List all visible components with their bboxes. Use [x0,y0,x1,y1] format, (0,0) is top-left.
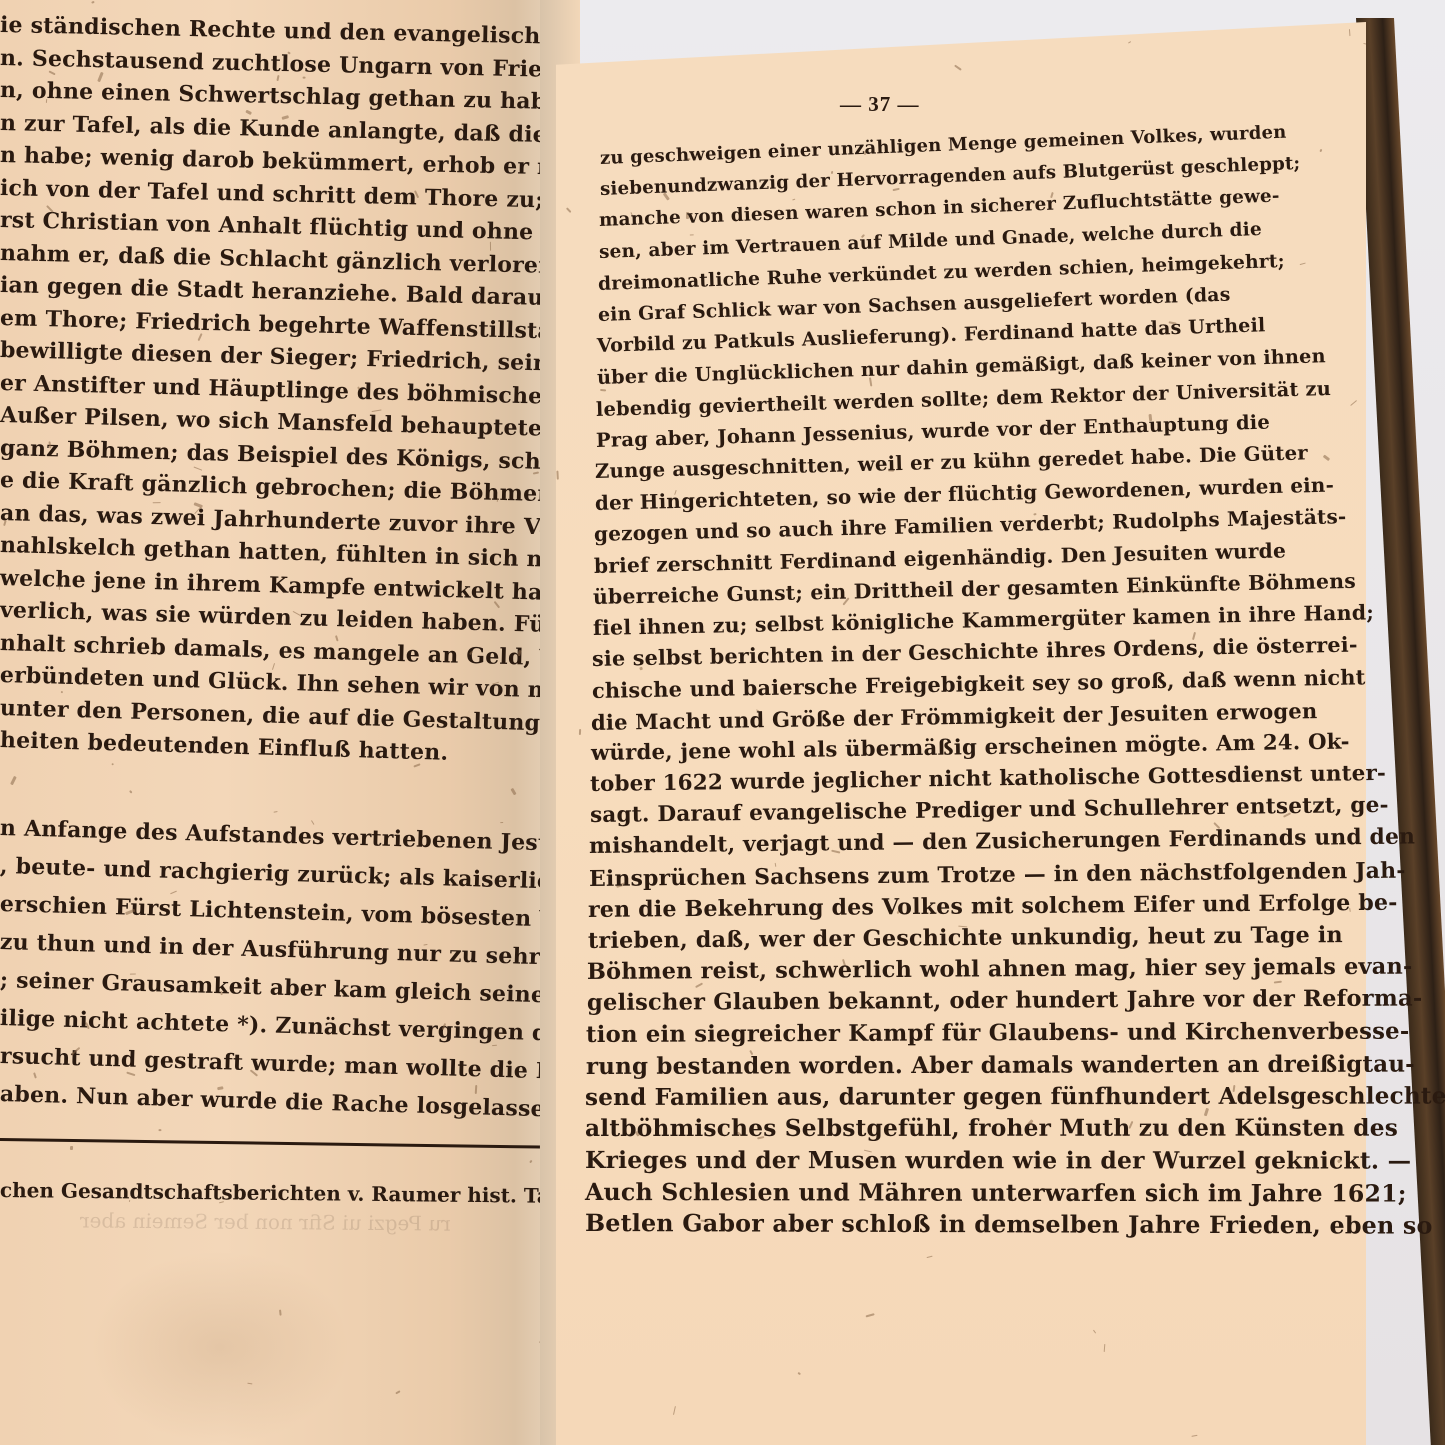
paper-speck [335,635,339,642]
paper-speck [396,1390,401,1394]
paper-speck [247,1383,252,1385]
paper-speck [600,389,606,392]
paper-speck [1104,1344,1106,1352]
right-page-line: Betlen Gabor aber schloß in demselben Ja… [585,1209,1433,1240]
paper-speck [579,729,581,735]
right-page-line: altböhmisches Selbstgefühl, froher Muth … [585,1115,1398,1142]
paper-speck [566,207,571,213]
paper-speck [529,1160,532,1163]
paper-speck [1363,43,1366,45]
paper-speck [1299,262,1305,265]
right-page-line: Krieges und der Musen wurden wie in der … [585,1146,1411,1175]
paper-speck [194,466,203,471]
paper-speck [511,787,517,795]
left-page-line: n Anfange des Aufstandes vertriebenen Je… [0,815,560,860]
left-page-line: ilige nicht achtete *). Zunächst verging… [0,1005,560,1049]
left-page-line: erschien Fürst Lichtenstein, vom böseste… [0,891,560,936]
paper-speck [797,1372,801,1376]
paper-speck [490,242,491,251]
left-page-line: heiten bedeutenden Einfluß hatten. [0,727,449,766]
page-number: — 37 — [840,92,920,117]
paper-speck [276,75,279,81]
show-through-text: ru Pegzi ui Sfir non ber Semein aber [80,1208,451,1235]
right-page-line: gelischer Glauben bekannt, oder hundert … [586,986,1422,1017]
paper-speck [302,77,305,79]
paper-speck [171,891,178,895]
left-page-line: , beute- und rachgierig zurück; als kais… [0,853,560,897]
left-page: chen Gesandtschaftsberichten v. Raumer h… [0,0,560,1445]
paper-speck [10,776,16,785]
right-page-line: send Familien aus, darunter gegen fünfhu… [585,1082,1445,1111]
paper-speck [273,811,277,813]
paper-speck [70,1146,73,1150]
left-page-line: zu thun und in der Ausführung nur zu seh… [0,929,560,972]
paper-speck [279,1310,282,1316]
paper-speck [865,1313,874,1318]
paper-speck [1350,400,1357,406]
footnote-divider [0,1138,540,1149]
paper-speck [112,762,114,764]
paper-speck [92,1,95,4]
paper-speck [244,109,251,115]
paper-speck [673,1406,676,1415]
paper-speck [1274,981,1282,984]
paper-speck [61,690,64,693]
right-page-line: tion ein siegreicher Kampf für Glaubens-… [586,1018,1410,1047]
paper-speck [475,1085,478,1094]
paper-speck [500,822,503,823]
paper-speck [272,663,275,670]
paper-speck [159,1129,162,1131]
paper-speck [954,65,961,71]
right-page-line: Auch Schlesien und Mähren unterwarfen si… [585,1178,1407,1208]
paper-speck [129,790,132,794]
footnote-text: chen Gesandtschaftsberichten v. Raumer h… [0,1178,560,1209]
paper-speck [689,235,693,236]
paper-speck [33,1071,37,1078]
paper-speck [1319,149,1322,152]
paper-speck [153,502,161,504]
paper-speck [557,471,559,480]
paper-speck [1093,1330,1096,1334]
paper-speck [492,1045,497,1047]
paper-speck [792,199,796,201]
left-page-line: rsucht und gestraft wurde; man wollte di… [0,1043,560,1086]
paper-speck [1191,1434,1197,1436]
paper-speck [1128,41,1131,44]
left-page-line: ; seiner Grausamkeit aber kam gleich sei… [0,967,560,1012]
paper-speck [1349,29,1351,36]
paper-speck [1323,454,1331,461]
paper-speck [927,1256,933,1259]
right-page-line: rung bestanden worden. Aber damals wande… [585,1050,1414,1079]
